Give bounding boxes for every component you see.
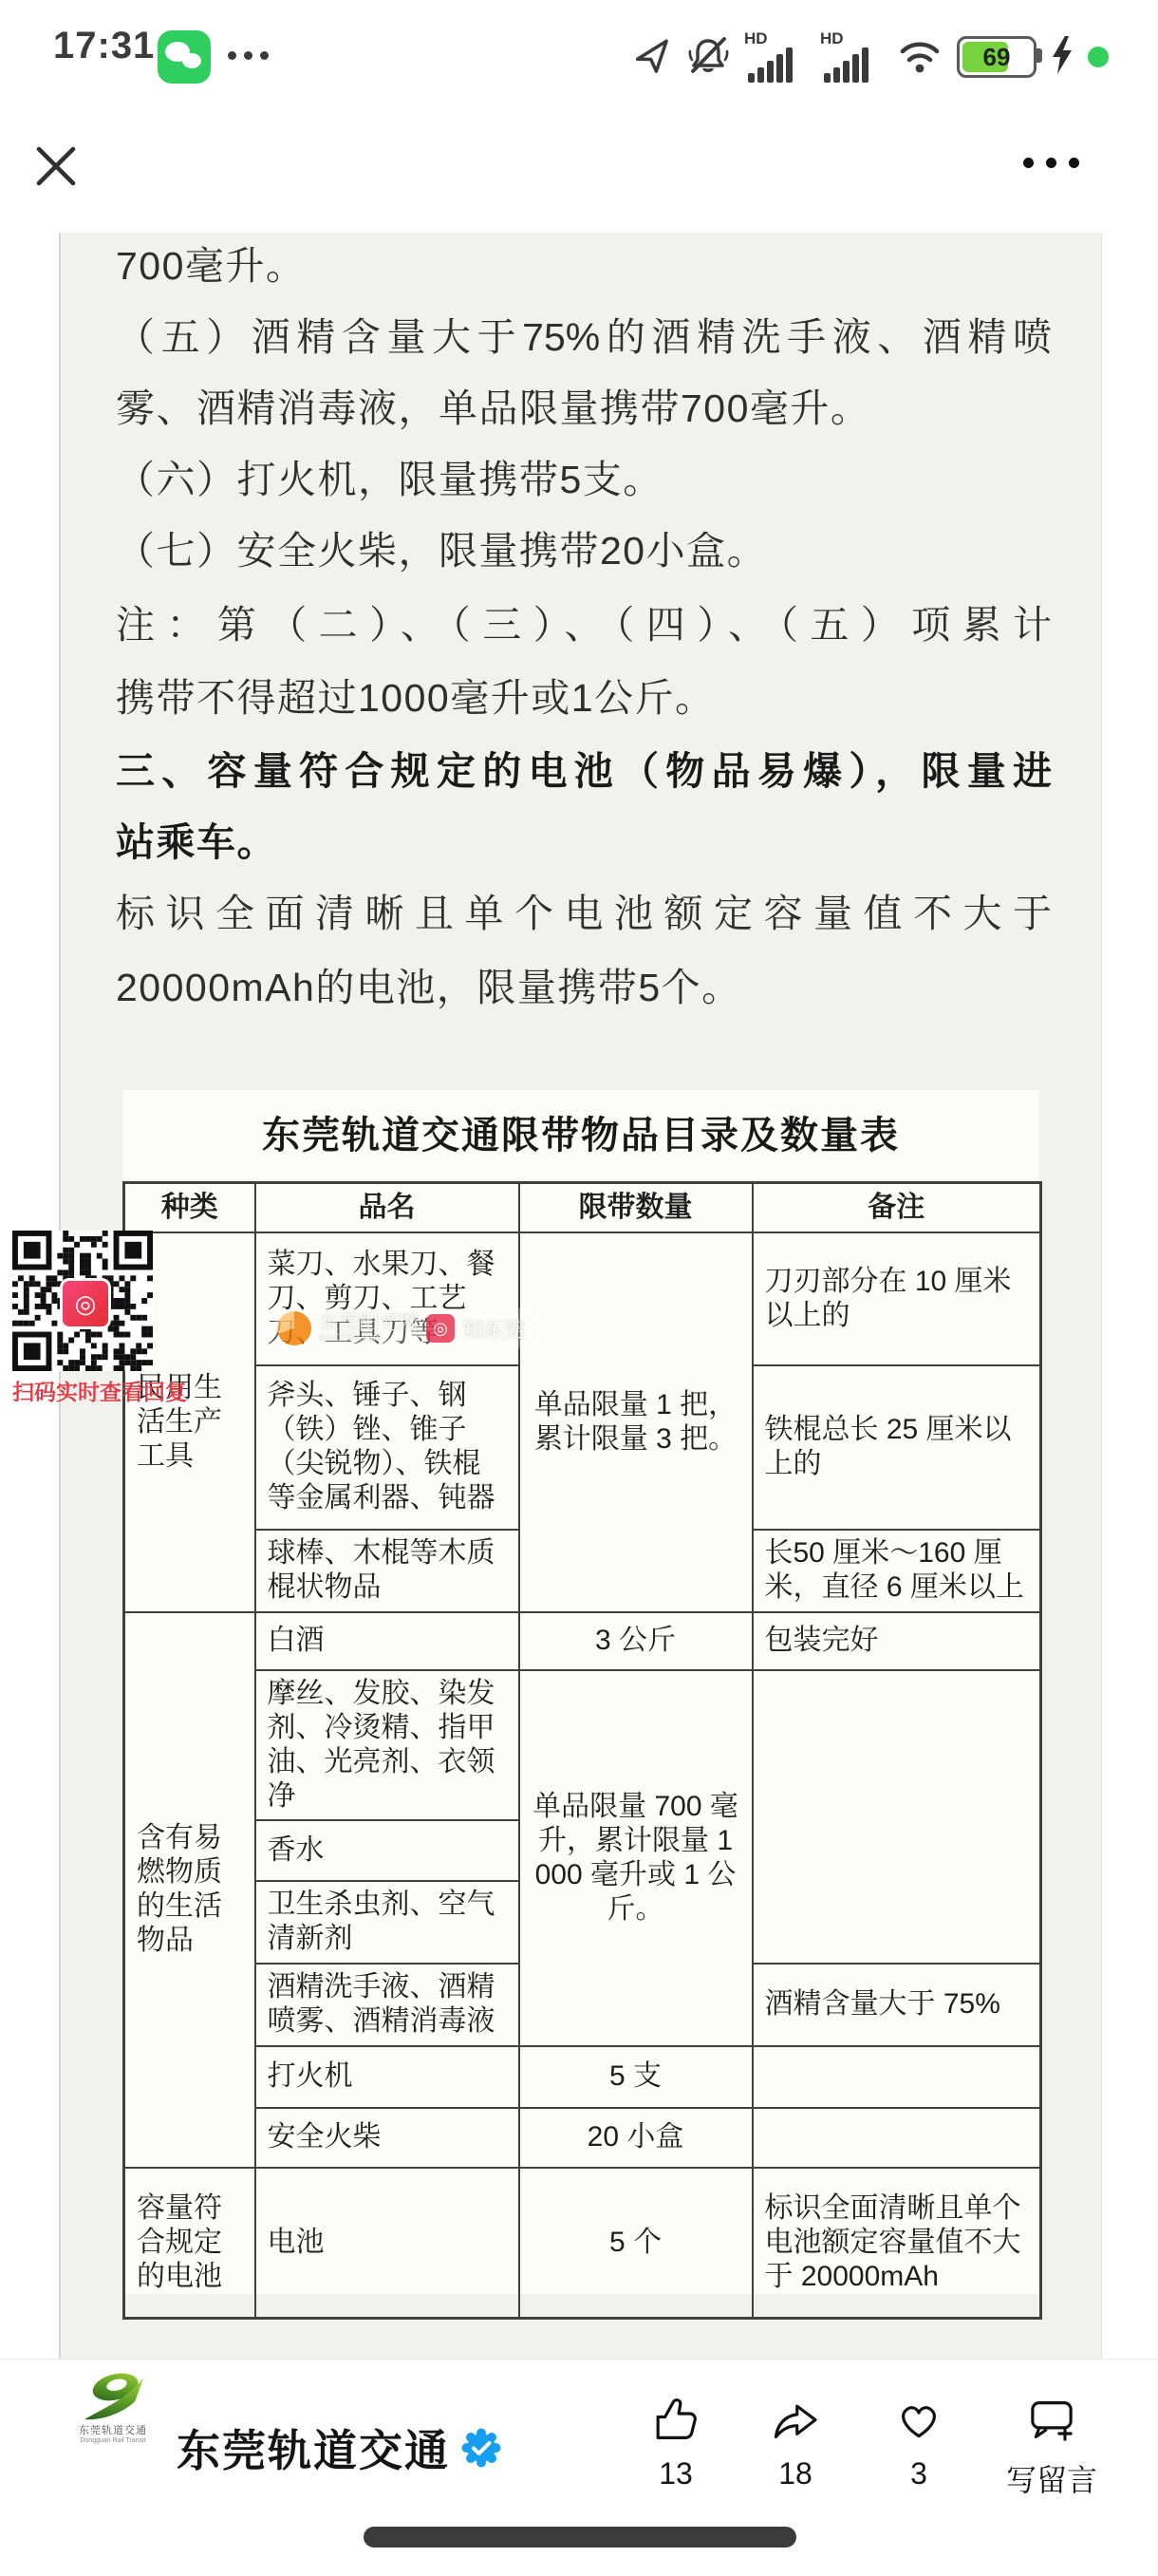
cell-item: 卫生杀虫剂、空气清新剂	[255, 1881, 519, 1964]
location-arrow-icon	[632, 35, 672, 80]
restriction-table-block: 东莞轨道交通限带物品目录及数量表 种类 品名 限带数量 备注 民用生活生产工具 …	[122, 1090, 1039, 2294]
verified-badge-icon	[461, 2428, 501, 2468]
cell-remark: 铁棍总长 25 厘米以上的	[753, 1365, 1041, 1530]
table-title: 东莞轨道交通限带物品目录及数量表	[122, 1105, 1039, 1159]
col-header-remark: 备注	[753, 1183, 1041, 1232]
home-indicator[interactable]	[364, 2527, 796, 2548]
cell-quantity: 5 支	[519, 2046, 753, 2108]
site-watermark: 东莞阳光网 sun0769.com ◎ 知东莞	[273, 1308, 536, 1348]
favorite-button[interactable]: 3	[875, 2394, 962, 2491]
heart-icon	[892, 2394, 945, 2447]
table-row: 摩丝、发胶、染发剂、冷烫精、指甲油、光亮剂、衣领净 单品限量 700 毫升，累计…	[124, 1670, 1041, 1820]
wechat-app-icon	[158, 30, 211, 84]
cell-quantity: 5 个	[519, 2168, 753, 2319]
share-button[interactable]: 18	[752, 2394, 839, 2491]
cell-item: 电池	[255, 2168, 519, 2319]
cell-item: 酒精洗手液、酒精喷雾、酒精消毒液	[255, 1964, 519, 2046]
cell-category: 含有易燃物质的生活物品	[124, 1612, 255, 2168]
article-line: （五）酒精含量大于75%的酒精洗手液、酒精喷	[116, 313, 1052, 361]
charging-bolt-icon	[1050, 35, 1074, 80]
qr-code: ◎	[12, 1231, 153, 1371]
close-button[interactable]	[32, 142, 80, 195]
cell-item: 摩丝、发胶、染发剂、冷烫精、指甲油、光亮剂、衣领净	[255, 1670, 519, 1820]
article-image: 700毫升。 （五）酒精含量大于75%的酒精洗手液、酒精喷 雾、酒精消毒液，单品…	[59, 233, 1102, 2360]
comment-label: 写留言	[1006, 2456, 1097, 2500]
cell-item: 斧头、锤子、钢（铁）锉、锥子（尖锐物）、铁棍等金属利器、钝器	[255, 1365, 519, 1530]
status-time: 17:31	[53, 25, 155, 67]
cell-quantity: 单品限量 700 毫升，累计限量 1000 毫升或 1 公斤。	[519, 1670, 753, 2046]
like-button[interactable]: 13	[632, 2394, 719, 2491]
cell-quantity: 3 公斤	[519, 1612, 753, 1670]
zhidongguan-app-icon: ◎	[426, 1314, 455, 1343]
notification-dots-icon	[228, 51, 269, 60]
table-row: 含有易燃物质的生活物品 白酒 3 公斤 包装完好	[124, 1612, 1041, 1670]
table-row: 安全火柴 20 小盒	[124, 2108, 1041, 2168]
qr-caption: 扫码实时查看回复	[12, 1375, 153, 1406]
watermark-site: 东莞阳光网	[319, 1313, 419, 1333]
article-line: 雾、酒精消毒液，单品限量携带700毫升。	[116, 385, 1052, 432]
close-icon	[32, 142, 80, 190]
comment-button[interactable]: 写留言	[985, 2394, 1118, 2500]
watermark-app: 知东莞	[462, 1314, 525, 1344]
col-header-quantity: 限带数量	[519, 1183, 753, 1232]
table-row: 打火机 5 支	[124, 2046, 1041, 2108]
cell-remark	[753, 2108, 1041, 2168]
wifi-icon	[896, 34, 943, 81]
cell-remark: 酒精含量大于 75%	[753, 1964, 1041, 2046]
cell-remark: 长50 厘米～160 厘米，直径 6 厘米以上	[753, 1530, 1041, 1612]
col-header-item: 品名	[255, 1183, 519, 1232]
comment-plus-icon	[1025, 2394, 1078, 2447]
cell-item: 打火机	[255, 2046, 519, 2108]
article-line: （七）安全火柴，限量携带20小盒。	[116, 527, 1052, 574]
recording-dot-icon	[1088, 47, 1109, 67]
cell-remark	[753, 1670, 1041, 1964]
article-line: 700毫升。	[116, 242, 1052, 290]
status-bar-right: HD HD 69	[632, 28, 1109, 85]
hd-signal-icon-1: HD	[744, 29, 807, 85]
sun0769-logo-icon	[277, 1311, 311, 1345]
article-line: 注：第（二）、（三）、（四）、（五）项累计	[116, 601, 1052, 649]
qr-overlay: ◎ 扫码实时查看回复	[12, 1231, 153, 1406]
favorite-count: 3	[910, 2456, 927, 2491]
share-count: 18	[778, 2456, 812, 2491]
footer-bar: 东莞轨道交通 Dongguan Rail Transit 东莞轨道交通 13 1…	[0, 2359, 1158, 2576]
cell-item: 安全火柴	[255, 2108, 519, 2168]
cell-remark: 刀刃部分在 10 厘米以上的	[753, 1232, 1041, 1365]
logo-caption: 东莞轨道交通	[61, 2425, 165, 2437]
cell-remark	[753, 2046, 1041, 2108]
battery-percent: 69	[960, 39, 1034, 75]
cell-remark: 包装完好	[753, 1612, 1041, 1670]
share-arrow-icon	[769, 2394, 822, 2447]
article-line: 20000mAh的电池，限量携带5个。	[116, 964, 1052, 1011]
cell-item: 香水	[255, 1820, 519, 1881]
dongguan-rail-logo-icon	[65, 2367, 160, 2420]
table-row: 民用生活生产工具 菜刀、水果刀、餐刀、剪刀、工艺刀、工具刀等 单品限量 1 把，…	[124, 1232, 1041, 1365]
cell-remark: 标识全面清晰且单个电池额定容量值不大于 20000mAh	[753, 2168, 1041, 2319]
cell-quantity: 单品限量 1 把，累计限量 3 把。	[519, 1232, 753, 1612]
cell-category: 容量符合规定的电池	[124, 2168, 255, 2319]
hd-signal-icon-2: HD	[820, 29, 883, 85]
mute-vibrate-icon	[685, 32, 731, 83]
col-header-category: 种类	[124, 1183, 255, 1232]
cell-quantity: 20 小盒	[519, 2108, 753, 2168]
like-count: 13	[659, 2456, 693, 2491]
watermark-domain: sun0769.com	[319, 1333, 419, 1344]
article-line-bold: 三、容量符合规定的电池（物品易爆），限量进	[116, 747, 1052, 795]
article-line: （六）打火机，限量携带5支。	[116, 456, 1052, 503]
cell-item: 白酒	[255, 1612, 519, 1670]
thumbs-up-icon	[649, 2394, 702, 2447]
article-line-bold: 站乘车。	[116, 818, 1052, 866]
table-row: 容量符合规定的电池 电池 5 个 标识全面清晰且单个电池额定容量值不大于 200…	[124, 2168, 1041, 2319]
table-header-row: 种类 品名 限带数量 备注	[124, 1183, 1041, 1232]
article-line: 携带不得超过1000毫升或1公斤。	[116, 674, 1052, 722]
logo-caption-en: Dongguan Rail Transit	[61, 2437, 165, 2445]
restriction-table: 种类 品名 限带数量 备注 民用生活生产工具 菜刀、水果刀、餐刀、剪刀、工艺刀、…	[122, 1181, 1042, 2320]
qr-center-eye-icon: ◎	[60, 1278, 111, 1329]
article-line: 标识全面清晰且单个电池额定容量值不大于	[116, 890, 1052, 937]
battery-icon: 69	[957, 36, 1037, 78]
cell-item: 球棒、木棍等木质棍状物品	[255, 1530, 519, 1612]
account-logo[interactable]: 东莞轨道交通 Dongguan Rail Transit	[61, 2367, 165, 2444]
more-menu-button[interactable]	[1023, 158, 1079, 168]
account-name[interactable]: 东莞轨道交通	[177, 2416, 501, 2479]
